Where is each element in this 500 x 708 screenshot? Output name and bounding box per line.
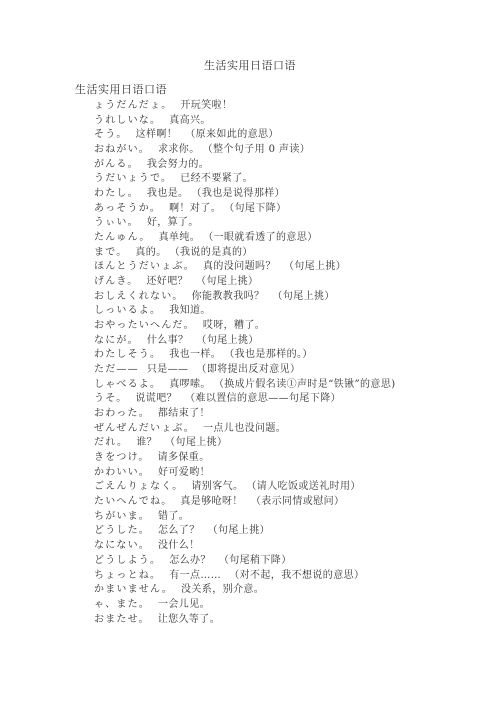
japanese-phrase: うそ。 bbox=[94, 393, 127, 404]
japanese-phrase: ただ—— bbox=[94, 364, 139, 375]
japanese-phrase: うぃい。 bbox=[94, 217, 139, 228]
usage-note: （原来如此的意思） bbox=[185, 129, 279, 140]
phrase-line: どうした。怎么了？（句尾上挑） bbox=[94, 524, 396, 539]
japanese-phrase: ゃ、また。 bbox=[94, 599, 150, 610]
japanese-phrase: うだいょうで。 bbox=[94, 173, 172, 184]
phrase-line: ぜんぜんだいょぶ。一点儿也没问题。 bbox=[94, 422, 396, 437]
usage-note: （句尾上挑） bbox=[196, 276, 258, 287]
phrase-line: がんる。我会努力的。 bbox=[94, 158, 396, 173]
usage-note: （句尾稍下降） bbox=[219, 555, 292, 566]
phrase-line: きをつけ。请多保重。 bbox=[94, 451, 396, 466]
japanese-phrase: かまいません。 bbox=[94, 584, 173, 595]
phrase-line: どうしよう。怎么办？（句尾稍下降） bbox=[94, 554, 396, 569]
chinese-translation: 真啰嗦。 bbox=[169, 379, 211, 390]
chinese-translation: 我也一样。 bbox=[169, 349, 221, 360]
japanese-phrase: しっいるよ。 bbox=[94, 305, 161, 316]
japanese-phrase: おねがい。 bbox=[94, 144, 150, 155]
japanese-phrase: ょうだんだょ。 bbox=[94, 100, 172, 111]
chinese-translation: 怎么办？ bbox=[169, 555, 211, 566]
phrase-line: しっいるよ。我知道。 bbox=[94, 304, 396, 319]
chinese-translation: 让您久等了。 bbox=[158, 614, 220, 625]
chinese-translation: 啊！对了。 bbox=[169, 203, 221, 214]
japanese-phrase: たんゅん。 bbox=[94, 232, 151, 243]
usage-note: （句尾下降） bbox=[229, 203, 286, 214]
japanese-phrase: まで。 bbox=[94, 247, 127, 258]
phrase-line: わたし。我也是。（我也是说得那样） bbox=[94, 187, 396, 202]
phrase-line: ゃ、また。一会儿见。 bbox=[94, 598, 396, 613]
chinese-translation: 只是—— bbox=[147, 364, 189, 375]
phrase-line: わたしそう。我也一样。（我也是那样的。） bbox=[94, 348, 396, 363]
phrase-line: ほんとうだいょぶ。真的没问题吗？（句尾上挑） bbox=[94, 260, 396, 275]
chinese-translation: 请多保重。 bbox=[158, 452, 210, 463]
chinese-translation: 我会努力的。 bbox=[147, 159, 209, 170]
phrase-line: まで。真的。（我说的是真的） bbox=[94, 246, 396, 261]
chinese-translation: 好可爱哟！ bbox=[158, 467, 210, 478]
japanese-phrase: がんる。 bbox=[94, 159, 139, 170]
phrase-line: たいへんでね。真是够呛呀！（表示同情或慰问） bbox=[94, 495, 396, 510]
japanese-phrase: あっそうか。 bbox=[94, 203, 161, 214]
usage-note: （句尾上挑） bbox=[284, 261, 346, 272]
chinese-translation: 你能教教我吗？ bbox=[192, 291, 265, 302]
chinese-translation: 好，算了。 bbox=[147, 217, 199, 228]
japanese-phrase: おわった。 bbox=[94, 408, 150, 419]
chinese-translation: 没关系，别介意。 bbox=[181, 584, 264, 595]
phrase-line: そう。这样啊！（原来如此的意思） bbox=[94, 128, 396, 143]
phrase-line: おやったいへんだ。哎呀，糟了。 bbox=[94, 319, 396, 334]
chinese-translation: 没什么！ bbox=[158, 540, 200, 551]
japanese-phrase: わたし。 bbox=[94, 188, 139, 199]
phrase-line: ただ——只是——（即将提出反对意见） bbox=[94, 363, 396, 378]
chinese-translation: 错了。 bbox=[158, 511, 189, 522]
chinese-translation: 一点儿也没问题。 bbox=[203, 423, 286, 434]
phrase-line: なにが。什么事？（句尾上挑） bbox=[94, 334, 396, 349]
chinese-translation: 真高兴。 bbox=[169, 115, 211, 126]
japanese-phrase: どうしよう。 bbox=[94, 555, 161, 566]
chinese-translation: 开玩笑啦！ bbox=[180, 100, 232, 111]
phrase-line: かまいません。没关系，别介意。 bbox=[94, 583, 396, 598]
phrase-line: おまたせ。让您久等了。 bbox=[94, 613, 396, 628]
usage-note: （我也是那样的。） bbox=[229, 349, 313, 360]
chinese-translation: 谁？ bbox=[136, 437, 157, 448]
phrase-line: うれしいな。真高兴。 bbox=[94, 114, 396, 129]
usage-note: （句尾上挑） bbox=[272, 291, 334, 302]
usage-note: （我也是说得那样） bbox=[196, 188, 285, 199]
chinese-translation: 真是够呛呀！ bbox=[180, 496, 242, 507]
phrase-line: だれ。谁？（句尾上挑） bbox=[94, 436, 396, 451]
japanese-phrase: きをつけ。 bbox=[94, 452, 150, 463]
phrase-line: げんき。还好吧？（句尾上挑） bbox=[94, 275, 396, 290]
japanese-phrase: しゃべるよ。 bbox=[94, 379, 161, 390]
chinese-translation: 说谎吧？ bbox=[135, 393, 177, 404]
usage-note: （对不起，我不想说的意思） bbox=[229, 570, 364, 581]
phrase-line: たんゅん。真单纯。（一眼就看透了的意思） bbox=[94, 231, 396, 246]
chinese-translation: 有一点…… bbox=[169, 570, 221, 581]
usage-note: （句尾上挑） bbox=[196, 335, 258, 346]
japanese-phrase: げんき。 bbox=[94, 276, 138, 287]
phrase-line: あっそうか。啊！对了。（句尾下降） bbox=[94, 202, 396, 217]
usage-note: （换成片假名读①声时是“铁锹”的意思) bbox=[219, 379, 396, 390]
chinese-translation: 求求你。 bbox=[158, 144, 200, 155]
document-page: 生活实用日语口语 生活实用日语口语 ょうだんだょ。开玩笑啦！うれしいな。真高兴。… bbox=[0, 0, 500, 708]
usage-note: （表示同情或慰问） bbox=[251, 496, 345, 507]
chinese-translation: 什么事？ bbox=[147, 335, 189, 346]
phrase-line: ょうだんだょ。开玩笑啦！ bbox=[94, 99, 396, 114]
usage-note: （句尾上挑） bbox=[165, 437, 227, 448]
chinese-translation: 怎么了？ bbox=[158, 525, 200, 536]
japanese-phrase: ちょっとね。 bbox=[94, 570, 161, 581]
phrase-line: ちがいま。错了。 bbox=[94, 510, 396, 525]
phrase-line: なにない。没什么！ bbox=[94, 539, 396, 554]
japanese-phrase: おしえくれない。 bbox=[94, 291, 184, 302]
japanese-phrase: おまたせ。 bbox=[94, 614, 150, 625]
usage-note: （整个句子用 0 声读） bbox=[208, 144, 311, 155]
japanese-phrase: どうした。 bbox=[94, 525, 150, 536]
phrase-line: おしえくれない。你能教教我吗？（句尾上挑） bbox=[94, 290, 396, 305]
chinese-translation: 哎呀，糟了。 bbox=[203, 320, 265, 331]
usage-note: （难以置信的意思——句尾下降） bbox=[185, 393, 341, 404]
japanese-phrase: たいへんでね。 bbox=[94, 496, 172, 507]
chinese-translation: 我也是。 bbox=[147, 188, 189, 199]
phrase-line: うぃい。好，算了。 bbox=[94, 216, 396, 231]
japanese-phrase: だれ。 bbox=[94, 437, 128, 448]
document-title: 生活实用日语口语 bbox=[0, 59, 500, 73]
japanese-phrase: なにない。 bbox=[94, 540, 150, 551]
phrase-line: おわった。都结束了！ bbox=[94, 407, 396, 422]
japanese-phrase: わたしそう。 bbox=[94, 349, 161, 360]
phrase-line: おねがい。求求你。（整个句子用 0 声读） bbox=[94, 143, 396, 158]
chinese-translation: 我知道。 bbox=[169, 305, 211, 316]
japanese-phrase: ごえんりょなく。 bbox=[94, 481, 183, 492]
phrase-line: うそ。说谎吧？（难以置信的意思——句尾下降） bbox=[94, 392, 396, 407]
chinese-translation: 一会儿见。 bbox=[158, 599, 210, 610]
japanese-phrase: ほんとうだいょぶ。 bbox=[94, 261, 195, 272]
usage-note: （即将提出反对意见） bbox=[196, 364, 300, 375]
japanese-phrase: おやったいへんだ。 bbox=[94, 320, 195, 331]
chinese-translation: 请别客气。 bbox=[191, 481, 243, 492]
usage-note: （请人吃饭或送礼时用） bbox=[251, 481, 360, 492]
chinese-translation: 已经不要紧了。 bbox=[180, 173, 253, 184]
usage-note: （我说的是真的） bbox=[175, 247, 253, 258]
phrase-line: ちょっとね。有一点……（对不起，我不想说的意思） bbox=[94, 569, 396, 584]
phrase-line: ごえんりょなく。请别客气。（请人吃饭或送礼时用） bbox=[94, 480, 396, 495]
chinese-translation: 还好吧？ bbox=[146, 276, 188, 287]
japanese-phrase: そう。 bbox=[94, 129, 128, 140]
chinese-translation: 真的没问题吗？ bbox=[203, 261, 276, 272]
section-heading: 生活实用日语口语 bbox=[75, 83, 167, 97]
phrase-line: かわいい。好可爱哟！ bbox=[94, 466, 396, 481]
chinese-translation: 真单纯。 bbox=[159, 232, 201, 243]
japanese-phrase: ちがいま。 bbox=[94, 511, 150, 522]
japanese-phrase: ぜんぜんだいょぶ。 bbox=[94, 423, 195, 434]
japanese-phrase: かわいい。 bbox=[94, 467, 150, 478]
japanese-phrase: うれしいな。 bbox=[94, 115, 161, 126]
phrase-line: しゃべるよ。真啰嗦。（换成片假名读①声时是“铁锹”的意思) bbox=[94, 378, 396, 393]
usage-note: （句尾上挑） bbox=[208, 525, 270, 536]
phrase-line: うだいょうで。已经不要紧了。 bbox=[94, 172, 396, 187]
chinese-translation: 真的。 bbox=[135, 247, 166, 258]
chinese-translation: 这样啊！ bbox=[136, 129, 178, 140]
usage-note: （一眼就看透了的意思） bbox=[208, 232, 317, 243]
phrase-list: ょうだんだょ。开玩笑啦！うれしいな。真高兴。そう。这样啊！（原来如此的意思）おね… bbox=[94, 99, 396, 627]
japanese-phrase: なにが。 bbox=[94, 335, 139, 346]
chinese-translation: 都结束了！ bbox=[158, 408, 210, 419]
